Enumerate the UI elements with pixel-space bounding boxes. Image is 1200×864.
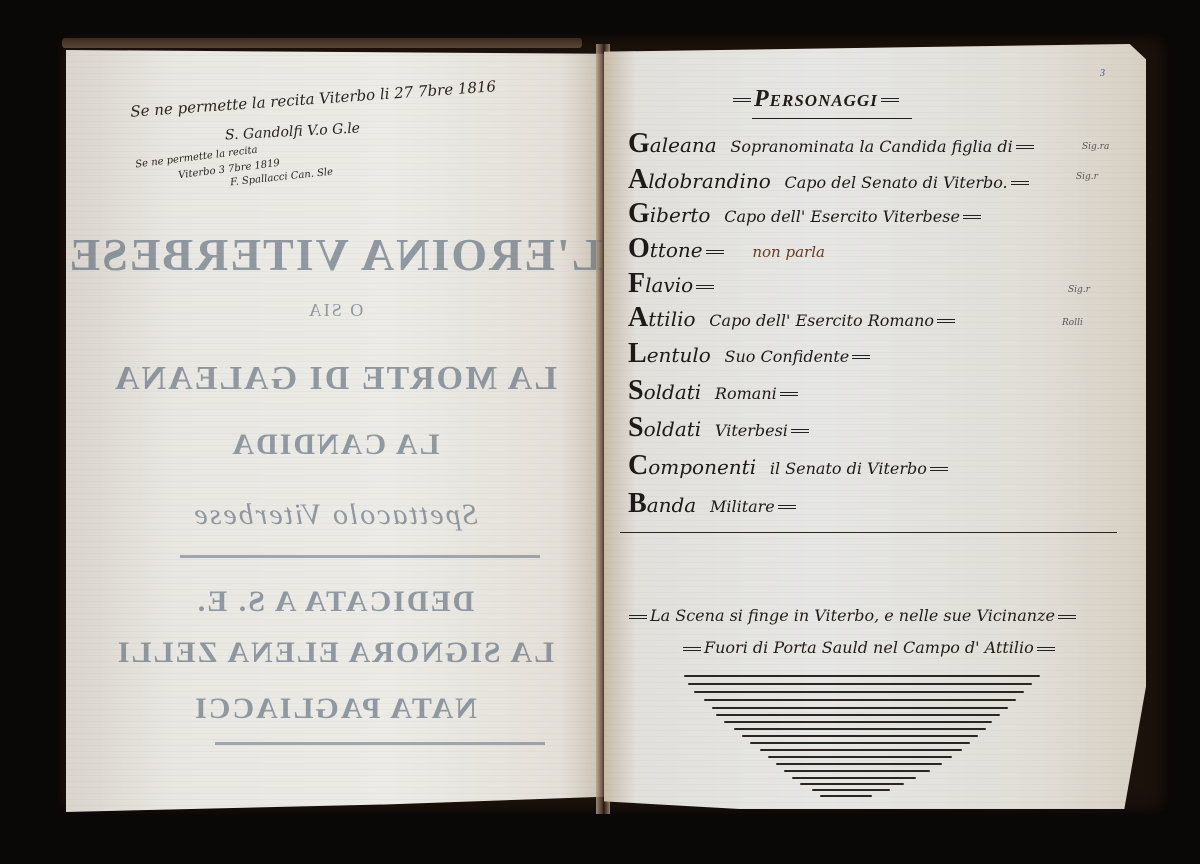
scene-line-2: Fuori di Porta Sauld nel Campo d' Attili… — [680, 638, 1058, 657]
margin-note: Rolli — [1062, 318, 1083, 328]
bleed-signora: LA SIGNORA ELENA ZELLI — [66, 636, 604, 670]
cover-edge — [62, 38, 582, 48]
page-title: Personaggi — [730, 86, 902, 113]
character-row: Lentulo Suo Confidente — [628, 338, 873, 370]
character-row: Ottone non parla — [628, 233, 825, 265]
character-row: Aldobrandino Capo del Senato di Viterbo. — [628, 164, 1032, 196]
bleed-la-candida: LA CANDIDA — [66, 428, 604, 462]
bleed-title: L'EROINA VITERBESE — [66, 228, 604, 281]
character-row: Banda Militare — [628, 488, 799, 520]
bleed-nata: NATA PAGLIACCI — [66, 692, 604, 726]
bleed-o-sia: O SIA — [66, 300, 604, 321]
character-row: Soldati Romani — [628, 375, 801, 407]
bleed-rule-top — [180, 555, 540, 558]
margin-note: Sig.r — [1068, 285, 1090, 295]
bleed-dedicata: DEDICATA A S. E. — [66, 585, 604, 619]
section-divider — [620, 532, 1117, 533]
margin-note: Sig.r — [1076, 172, 1098, 182]
bleed-rule-bottom — [215, 742, 545, 745]
bleed-subtitle: LA MORTE DI GALEANA — [66, 360, 604, 398]
page-number: 3 — [1100, 68, 1105, 79]
character-row: Giberto Capo dell' Esercito Viterbese — [628, 198, 984, 230]
margin-note: Sig.ra — [1082, 142, 1109, 152]
character-row: Attilio Capo dell' Esercito Romano — [628, 302, 958, 334]
scene-line-1: La Scena si finge in Viterbo, e nelle su… — [626, 606, 1079, 625]
character-row: Flavio — [628, 268, 717, 300]
title-underline — [752, 118, 912, 119]
character-row: Soldati Viterbesi — [628, 412, 812, 444]
annotation-non-parla: non parla — [752, 243, 825, 261]
character-row: Componenti il Senato di Viterbo — [628, 450, 951, 482]
character-row: Galeana Sopranominata la Candida figlia … — [628, 128, 1037, 160]
bleed-spettacolo: Spettacolo Viterbese — [66, 498, 604, 532]
